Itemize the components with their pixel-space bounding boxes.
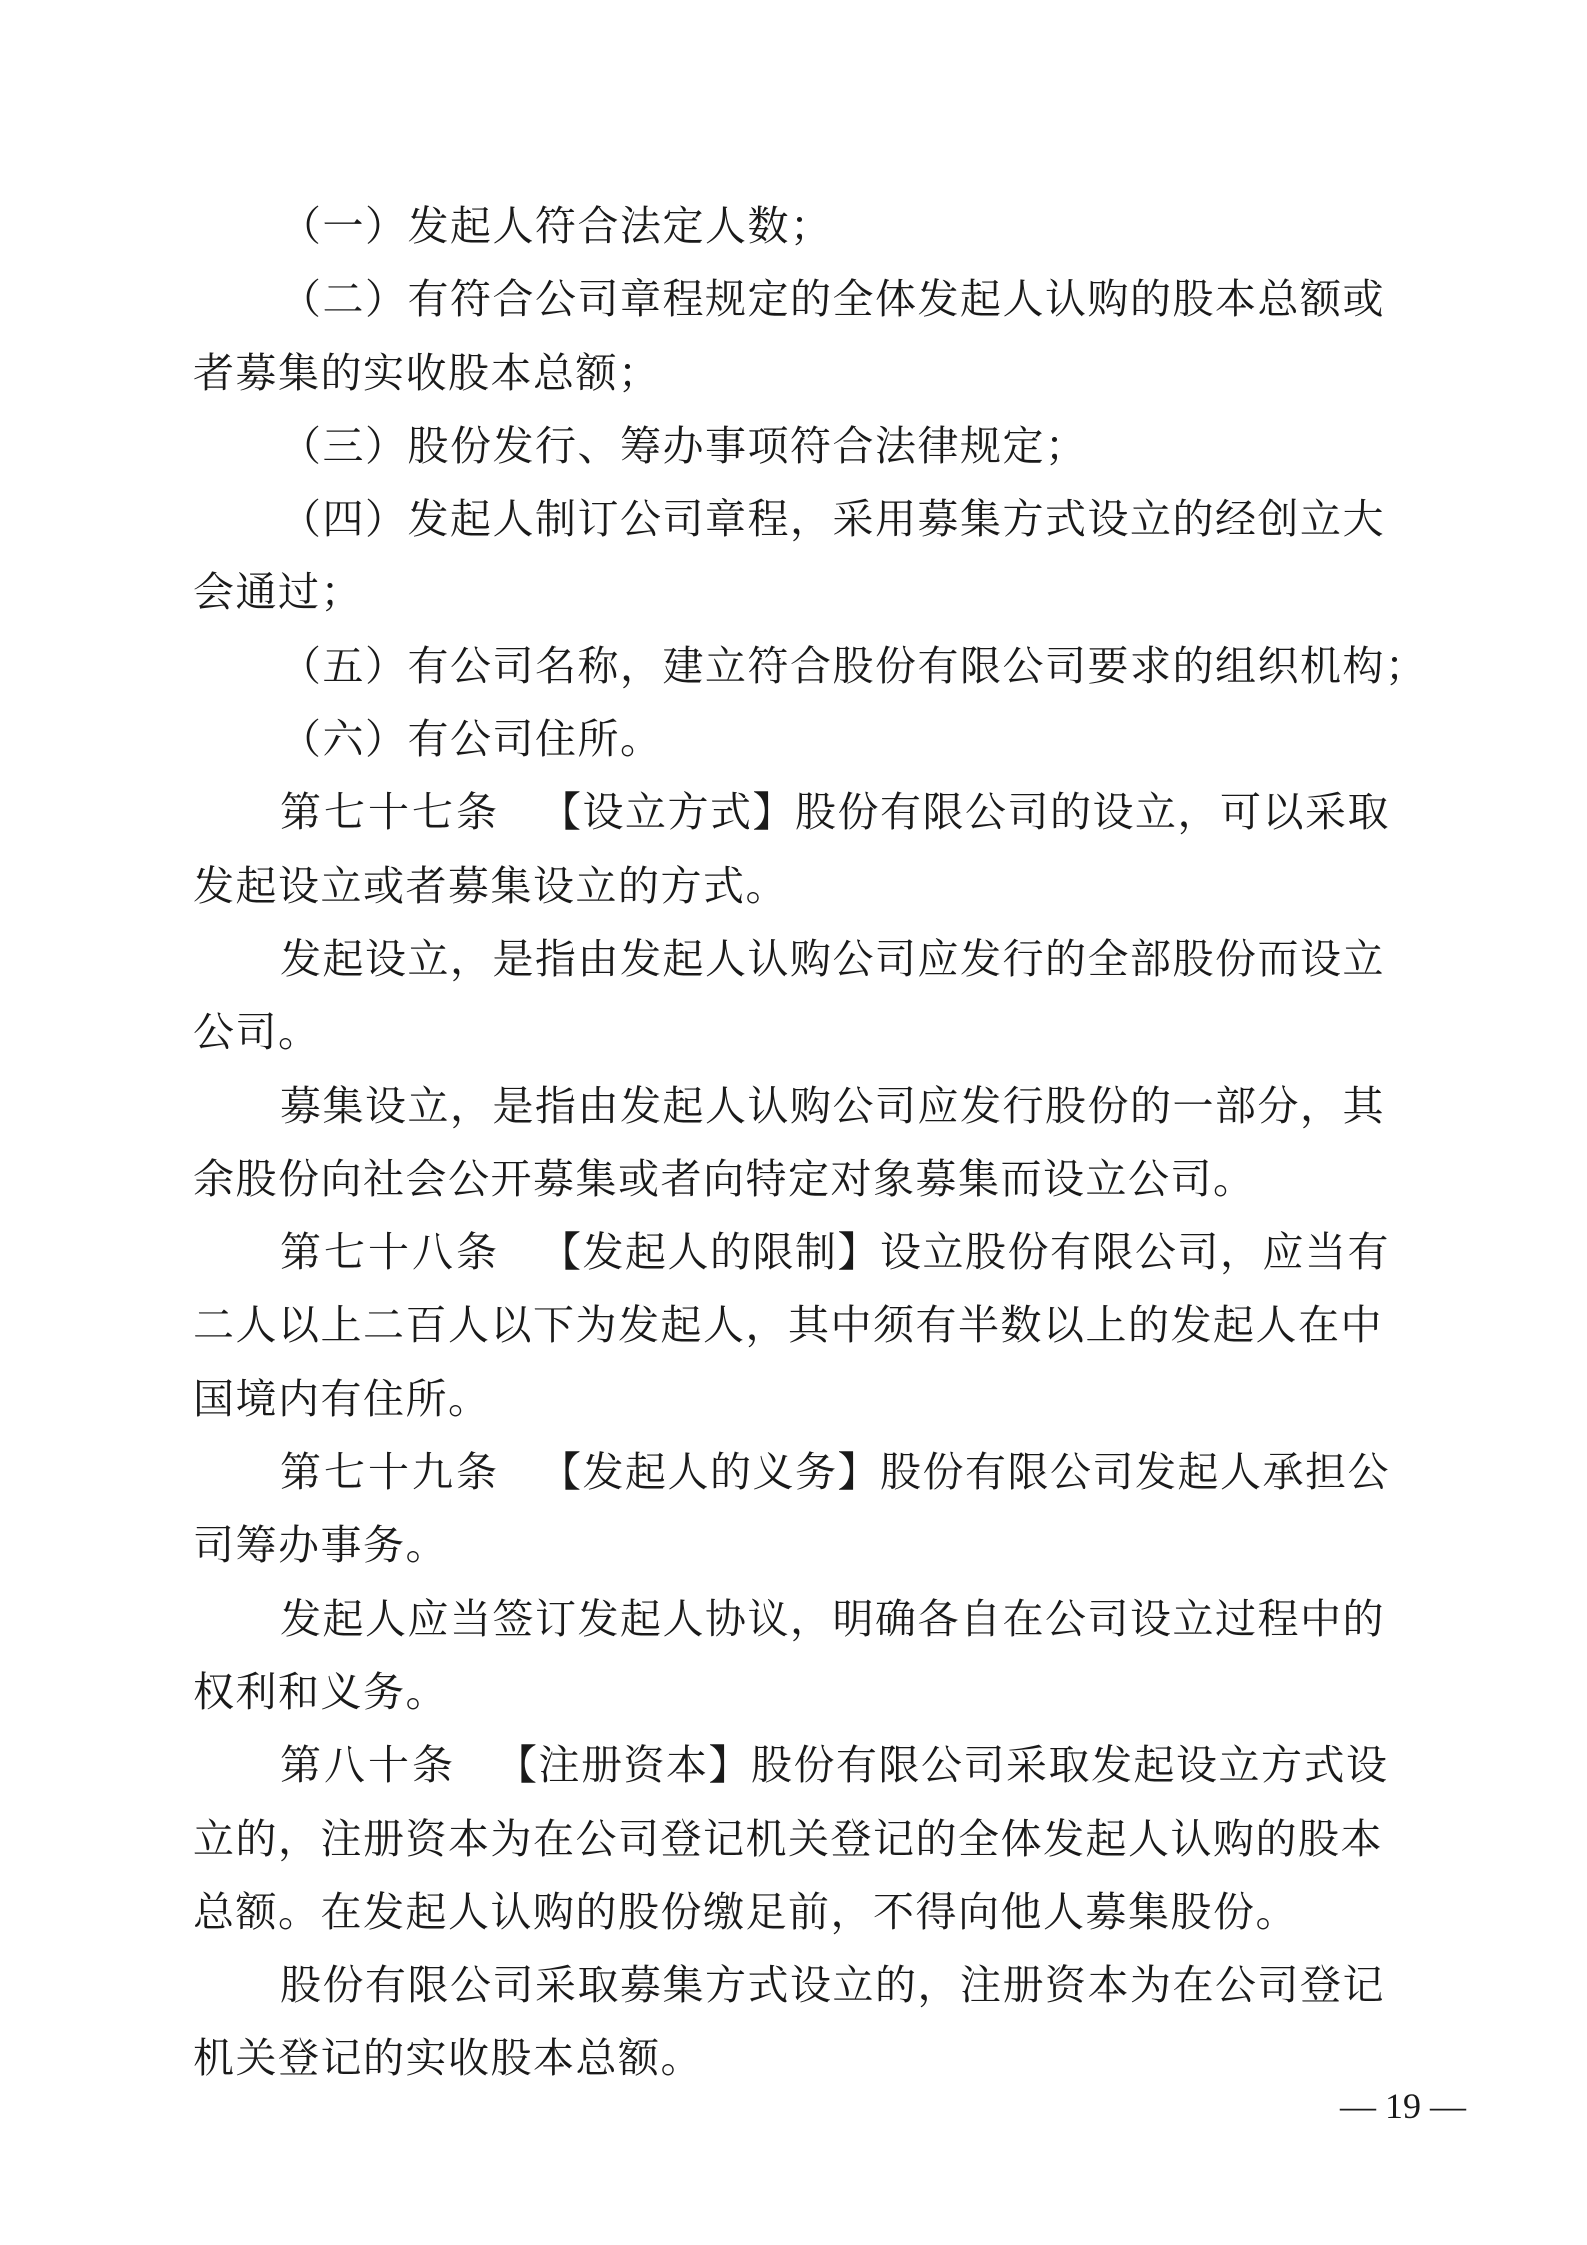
article-80-line: 立的，注册资本为在公司登记机关登记的全体发起人认购的股本 xyxy=(193,1803,1408,1876)
article-text: 国境内有住所。 xyxy=(193,1375,491,1423)
article-78-line: 国境内有住所。 xyxy=(193,1363,1408,1436)
article-77-paragraph-2-continuation: 余股份向社会公开募集或者向特定对象募集而设立公司。 xyxy=(193,1143,1408,1216)
paragraph-text: 余股份向社会公开募集或者向特定对象募集而设立公司。 xyxy=(193,1155,1256,1203)
item-marker: （三） xyxy=(280,422,408,470)
article-79-paragraph-1-continuation: 权利和义务。 xyxy=(193,1656,1408,1729)
paragraph-text: 权利和义务。 xyxy=(193,1668,448,1716)
article-77-line: 发起设立或者募集设立的方式。 xyxy=(193,850,1408,923)
item-marker: （二） xyxy=(280,275,408,323)
article-text: 股份有限公司采取发起设立方式设 xyxy=(751,1741,1389,1789)
article-number: 第八十条 xyxy=(280,1741,456,1789)
item-text: 者募集的实收股本总额； xyxy=(193,349,661,397)
article-80-paragraph-1: 股份有限公司采取募集方式设立的，注册资本为在公司登记 xyxy=(193,1949,1408,2022)
list-item-3: （三）股份发行、筹办事项符合法律规定； xyxy=(193,410,1408,483)
article-text: 立的，注册资本为在公司登记机关登记的全体发起人认购的股本 xyxy=(193,1815,1383,1863)
article-80-heading-line: 第八十条【注册资本】股份有限公司采取发起设立方式设 xyxy=(193,1729,1408,1802)
article-title: 【注册资本】 xyxy=(496,1741,751,1789)
article-77-heading-line: 第七十七条【设立方式】股份有限公司的设立，可以采取 xyxy=(193,776,1408,849)
article-80-paragraph-1-continuation: 机关登记的实收股本总额。 xyxy=(193,2022,1408,2095)
article-79-paragraph-1: 发起人应当签订发起人协议，明确各自在公司设立过程中的 xyxy=(193,1583,1408,1656)
article-text: 股份有限公司的设立，可以采取 xyxy=(795,788,1390,836)
article-number: 第七十八条 xyxy=(280,1228,500,1276)
article-text: 设立股份有限公司，应当有 xyxy=(880,1228,1390,1276)
article-text: 发起设立或者募集设立的方式。 xyxy=(193,862,788,910)
article-title: 【发起人的限制】 xyxy=(540,1228,880,1276)
article-title: 【发起人的义务】 xyxy=(540,1448,880,1496)
paragraph-text: 发起人应当签订发起人协议，明确各自在公司设立过程中的 xyxy=(280,1595,1385,1643)
paragraph-text: 发起设立，是指由发起人认购公司应发行的全部股份而设立 xyxy=(280,935,1385,983)
article-78-heading-line: 第七十八条【发起人的限制】设立股份有限公司，应当有 xyxy=(193,1216,1408,1289)
article-77-paragraph-1: 发起设立，是指由发起人认购公司应发行的全部股份而设立 xyxy=(193,923,1408,996)
list-item-2-continuation: 者募集的实收股本总额； xyxy=(193,337,1408,410)
item-text: 发起人符合法定人数； xyxy=(408,202,833,250)
list-item-4: （四）发起人制订公司章程，采用募集方式设立的经创立大 xyxy=(193,483,1408,556)
paragraph-text: 募集设立，是指由发起人认购公司应发行股份的一部分，其 xyxy=(280,1082,1385,1130)
list-item-2: （二）有符合公司章程规定的全体发起人认购的股本总额或 xyxy=(193,263,1408,336)
article-number: 第七十九条 xyxy=(280,1448,500,1496)
article-text: 二人以上二百人以下为发起人，其中须有半数以上的发起人在中 xyxy=(193,1301,1383,1349)
item-text: 有公司住所。 xyxy=(408,715,663,763)
item-text: 会通过； xyxy=(193,568,363,616)
article-78-line: 二人以上二百人以下为发起人，其中须有半数以上的发起人在中 xyxy=(193,1289,1408,1362)
item-marker: （一） xyxy=(280,202,408,250)
article-77-paragraph-2: 募集设立，是指由发起人认购公司应发行股份的一部分，其 xyxy=(193,1070,1408,1143)
item-text: 有符合公司章程规定的全体发起人认购的股本总额或 xyxy=(408,275,1386,323)
item-text: 发起人制订公司章程，采用募集方式设立的经创立大 xyxy=(408,495,1386,543)
article-text: 司筹办事务。 xyxy=(193,1521,448,1569)
document-body: （一）发起人符合法定人数； （二）有符合公司章程规定的全体发起人认购的股本总额或… xyxy=(193,190,1408,2096)
list-item-6: （六）有公司住所。 xyxy=(193,703,1408,776)
item-text: 股份发行、筹办事项符合法律规定； xyxy=(408,422,1088,470)
paragraph-text: 机关登记的实收股本总额。 xyxy=(193,2034,703,2082)
article-title: 【设立方式】 xyxy=(540,788,795,836)
document-page: （一）发起人符合法定人数； （二）有符合公司章程规定的全体发起人认购的股本总额或… xyxy=(0,0,1587,2245)
article-79-heading-line: 第七十九条【发起人的义务】股份有限公司发起人承担公 xyxy=(193,1436,1408,1509)
list-item-5: （五）有公司名称，建立符合股份有限公司要求的组织机构； xyxy=(193,630,1408,703)
list-item-1: （一）发起人符合法定人数； xyxy=(193,190,1408,263)
article-text: 股份有限公司发起人承担公 xyxy=(880,1448,1390,1496)
article-text: 总额。在发起人认购的股份缴足前，不得向他人募集股份。 xyxy=(193,1888,1298,1936)
item-text: 有公司名称，建立符合股份有限公司要求的组织机构； xyxy=(408,642,1428,690)
list-item-4-continuation: 会通过； xyxy=(193,556,1408,629)
article-77-paragraph-1-continuation: 公司。 xyxy=(193,996,1408,1069)
article-80-line: 总额。在发起人认购的股份缴足前，不得向他人募集股份。 xyxy=(193,1876,1408,1949)
item-marker: （四） xyxy=(280,495,408,543)
paragraph-text: 公司。 xyxy=(193,1008,321,1056)
item-marker: （六） xyxy=(280,715,408,763)
item-marker: （五） xyxy=(280,642,408,690)
page-number: — 19 — xyxy=(1340,2085,1410,2127)
article-79-line: 司筹办事务。 xyxy=(193,1509,1408,1582)
paragraph-text: 股份有限公司采取募集方式设立的，注册资本为在公司登记 xyxy=(280,1961,1385,2009)
article-number: 第七十七条 xyxy=(280,788,500,836)
